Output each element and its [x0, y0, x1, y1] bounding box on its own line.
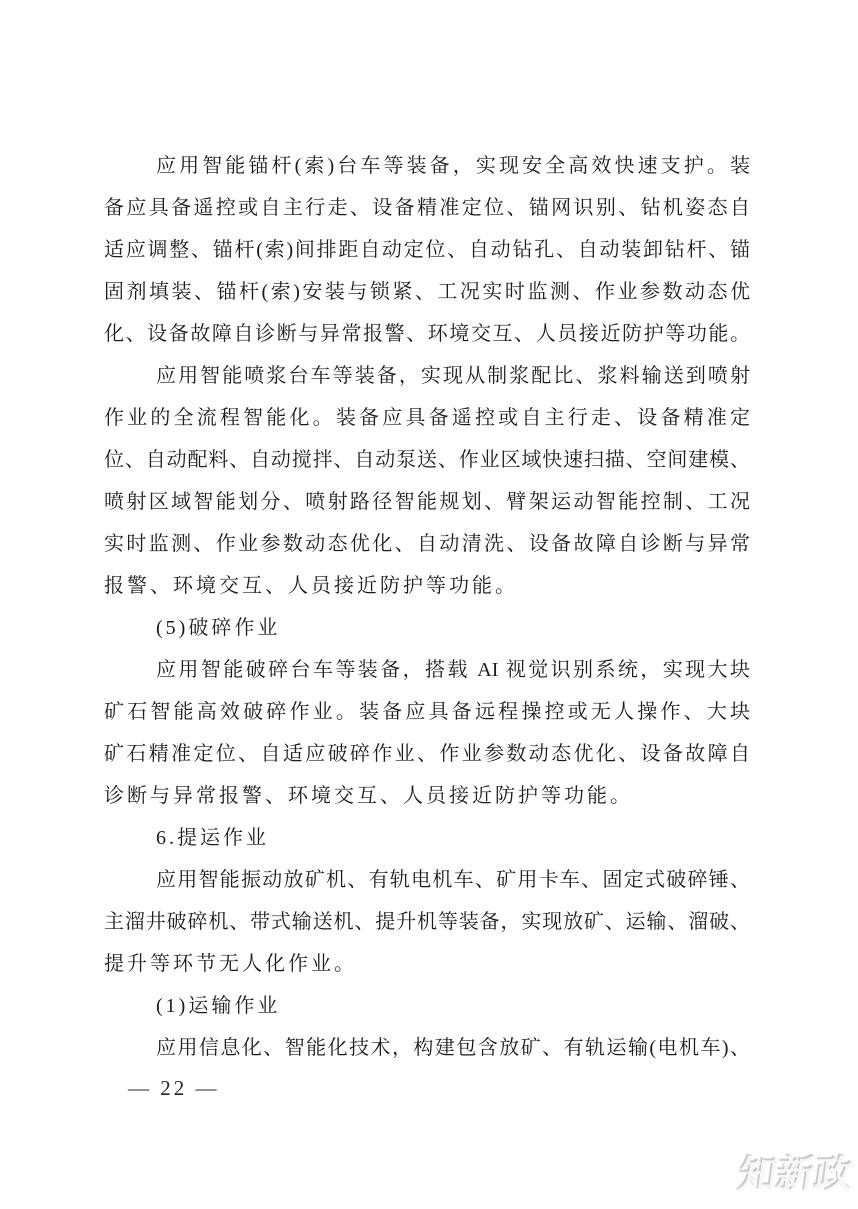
text-line: 备应具备遥控或自主行走、设备精准定位、锚网识别、钻机姿态自 — [104, 187, 750, 229]
document-page: 应用智能锚杆(索)台车等装备，实现安全高效快速支护。装备应具备遥控或自主行走、设… — [0, 0, 858, 1209]
text-line: 作业的全流程智能化。装备应具备遥控或自主行走、设备精准定 — [104, 397, 750, 439]
page-number: — 22 — — [128, 1076, 220, 1101]
text-line: 应用智能锚杆(索)台车等装备，实现安全高效快速支护。装 — [104, 145, 750, 187]
text-line: 应用智能破碎台车等装备，搭载 AI 视觉识别系统，实现大块 — [104, 649, 750, 691]
text-line: 适应调整、锚杆(索)间排距自动定位、自动钻孔、自动装卸钻杆、锚 — [104, 229, 750, 271]
document-text-block: 应用智能锚杆(索)台车等装备，实现安全高效快速支护。装备应具备遥控或自主行走、设… — [104, 145, 750, 1069]
text-line: 应用信息化、智能化技术，构建包含放矿、有轨运输(电机车)、 — [104, 1027, 750, 1069]
text-line: 矿石精准定位、自适应破碎作业、作业参数动态优化、设备故障自 — [104, 733, 750, 775]
text-line: 实时监测、作业参数动态优化、自动清洗、设备故障自诊断与异常 — [104, 523, 750, 565]
text-line: 6.提运作业 — [104, 817, 750, 859]
watermark-text: 知新政 — [736, 1144, 858, 1199]
text-line: 应用智能振动放矿机、有轨电机车、矿用卡车、固定式破碎锤、 — [104, 859, 750, 901]
text-line: (1)运输作业 — [104, 985, 750, 1027]
text-line: (5)破碎作业 — [104, 607, 750, 649]
text-line: 主溜井破碎机、带式输送机、提升机等装备，实现放矿、运输、溜破、 — [104, 901, 750, 943]
text-line: 应用智能喷浆台车等装备，实现从制浆配比、浆料输送到喷射 — [104, 355, 750, 397]
text-line: 报警、环境交互、人员接近防护等功能。 — [104, 565, 750, 607]
text-line: 化、设备故障自诊断与异常报警、环境交互、人员接近防护等功能。 — [104, 313, 750, 355]
text-line: 提升等环节无人化作业。 — [104, 943, 750, 985]
text-line: 位、自动配料、自动搅拌、自动泵送、作业区域快速扫描、空间建模、 — [104, 439, 750, 481]
text-line: 矿石智能高效破碎作业。装备应具备远程操控或无人操作、大块 — [104, 691, 750, 733]
text-line: 喷射区域智能划分、喷射路径智能规划、臂架运动智能控制、工况 — [104, 481, 750, 523]
text-line: 诊断与异常报警、环境交互、人员接近防护等功能。 — [104, 775, 750, 817]
text-line: 固剂填装、锚杆(索)安装与锁紧、工况实时监测、作业参数动态优 — [104, 271, 750, 313]
